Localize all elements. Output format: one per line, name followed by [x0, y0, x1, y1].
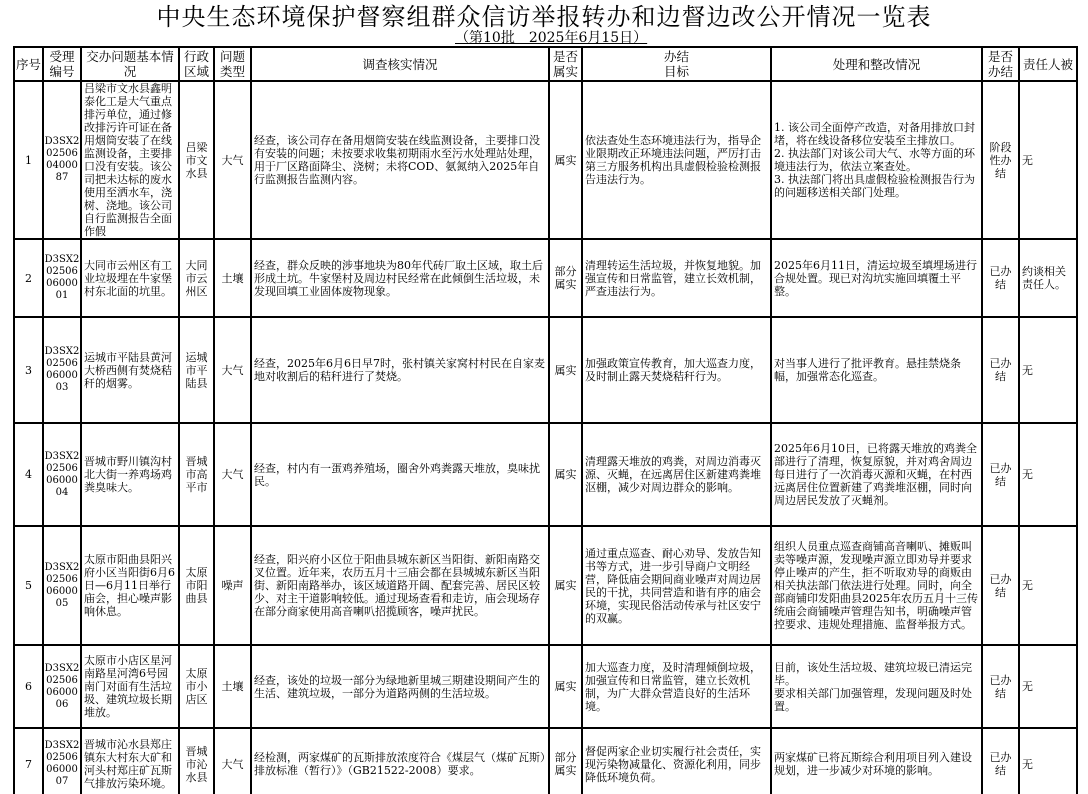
table-cell-closed: 已办结: [982, 728, 1019, 794]
table-cell-investigation: 经查，该处的垃圾一部分为绿地新里城三期建设期间产生的生活、建筑垃圾，一部分为道路…: [251, 645, 549, 728]
page-title: 中央生态环境保护督察组群众信访举报转办和边督边改公开情况一览表: [0, 2, 1088, 32]
table-row: 1D3SX2025060400087吕梁市文水县鑫明泰化工是大气重点排污单位，通…: [14, 81, 1077, 239]
table-cell-issue: 晋城市野川镇沟村北大街一养鸡场鸡粪臭味大。: [81, 423, 179, 526]
table-cell-investigation: 经检测，两家煤矿的瓦斯排放浓度符合《煤层气（煤矿瓦斯）排放标准（暂行）》（GB2…: [251, 728, 549, 794]
table-cell-case-no: D3SX2025060400087: [43, 81, 81, 239]
table-cell-verified: 属实: [549, 526, 582, 645]
table-cell-handling: 两家煤矿已将瓦斯综合利用项目列入建设规划，进一步减少对环境的影响。: [771, 728, 982, 794]
table-cell-type: 大气: [214, 317, 251, 423]
table-cell-investigation: 经查，该公司存在备用烟筒安装在线监测设备，主要排口没有安装的问题；未按要求收集初…: [251, 81, 549, 239]
header-verified: 是否属实: [549, 47, 582, 81]
table-cell-investigation: 经查，阳兴府小区位于阳曲县城东新区当阳街、新阳南路交叉位置。近年来，农历五月十三…: [251, 526, 549, 645]
table-cell-type: 大气: [214, 81, 251, 239]
table-cell-type: 土壤: [214, 239, 251, 317]
table-row: 7D3SX2025060600007晋城市沁水县郑庄镇东大村东大矿和河头村郑庄矿…: [14, 728, 1077, 794]
header-handling: 处理和整改情况: [771, 47, 982, 81]
header-accountable: 责任人被: [1019, 47, 1077, 81]
table-row: 2D3SX2025060600001大同市云州区有工业垃圾埋在牛家堡村东北面的坑…: [14, 239, 1077, 317]
table-cell-case-no: D3SX2025060600004: [43, 423, 81, 526]
header-issue: 交办问题基本情况: [81, 47, 179, 81]
table-cell-target: 通过重点巡查、耐心劝导、发放告知书等方式，进一步引导商户文明经营，降低庙会期间商…: [582, 526, 771, 645]
table-cell-verified: 属实: [549, 423, 582, 526]
table-cell-case-no: D3SX2025060600003: [43, 317, 81, 423]
table-cell-target: 加强政策宣传教育，加大巡查力度，及时制止露天焚烧秸秆行为。: [582, 317, 771, 423]
table-cell-type: 土壤: [214, 645, 251, 728]
table-cell-region: 吕梁市文水县: [179, 81, 214, 239]
header-type: 问题类型: [214, 47, 251, 81]
table-cell-seq: 6: [14, 645, 43, 728]
table-cell-region: 太原市小店区: [179, 645, 214, 728]
table-cell-region: 晋城市高平市: [179, 423, 214, 526]
table-cell-issue: 晋城市沁水县郑庄镇东大村东大矿和河头村郑庄矿瓦斯气排放污染环境。: [81, 728, 179, 794]
table-cell-issue: 太原市小店区星河南路星河湾6号园南门对面有生活垃圾、建筑垃圾长期堆放。: [81, 645, 179, 728]
table-cell-verified: 属实: [549, 645, 582, 728]
table-cell-verified: 部分属实: [549, 728, 582, 794]
table-cell-case-no: D3SX2025060600001: [43, 239, 81, 317]
table-cell-target: 加大巡查力度，及时清理倾倒垃圾，加强宣传和日常监管，建立长效机制，为广大群众营造…: [582, 645, 771, 728]
table-cell-target: 督促两家企业切实履行社会责任，实现污染物减量化、资源化利用，同步降低环境负荷。: [582, 728, 771, 794]
table-cell-handling: 1. 该公司全面停产改造，对备用排放口封堵，将在线设备移位安装至主排放口。 2.…: [771, 81, 982, 239]
table-cell-handling: 对当事人进行了批评教育。悬挂禁烧条幅，加强常态化巡查。: [771, 317, 982, 423]
table-cell-type: 大气: [214, 423, 251, 526]
table-cell-accountable: 无: [1019, 728, 1077, 794]
table-cell-issue: 运城市平陆县黄河大桥西侧有焚烧秸秆的烟雾。: [81, 317, 179, 423]
table-cell-closed: 已办结: [982, 239, 1019, 317]
table-cell-target: 依法查处生态环境违法行为，指导企业限期改正环境违法问题，严厉打击第三方服务机构出…: [582, 81, 771, 239]
table-row: 6D3SX2025060600006太原市小店区星河南路星河湾6号园南门对面有生…: [14, 645, 1077, 728]
header-target: 办结 目标: [582, 47, 771, 81]
table-cell-handling: 组织人员重点巡查商铺高音喇叭、摊贩叫卖等噪声源，发现噪声源立即劝导并要求停止噪声…: [771, 526, 982, 645]
table-cell-accountable: 无: [1019, 81, 1077, 239]
header-case-no: 受理编号: [43, 47, 81, 81]
table-cell-accountable: 约谈相关责任人。: [1019, 239, 1077, 317]
table-cell-closed: 阶段性办结: [982, 81, 1019, 239]
table-cell-region: 晋城市沁水县: [179, 728, 214, 794]
table-cell-issue: 吕梁市文水县鑫明泰化工是大气重点排污单位，通过修改排污许可证在备用烟筒安装了在线…: [81, 81, 179, 239]
table-cell-closed: 已办结: [982, 317, 1019, 423]
table-cell-region: 大同市云州区: [179, 239, 214, 317]
table-cell-issue: 太原市阳曲县阳兴府小区当阳街6月6日—6月11日举行庙会，担心噪声影响休息。: [81, 526, 179, 645]
header-seq: 序号: [14, 47, 43, 81]
table-cell-seq: 1: [14, 81, 43, 239]
table-row: 3D3SX2025060600003运城市平陆县黄河大桥西侧有焚烧秸秆的烟雾。运…: [14, 317, 1077, 423]
table-cell-type: 大气: [214, 728, 251, 794]
table-cell-investigation: 经查，群众反映的涉事地块为80年代砖厂取土区域，取土后形成土坑。牛家堡村及周边村…: [251, 239, 549, 317]
table-cell-verified: 属实: [549, 317, 582, 423]
page-subtitle: （第10批 2025年6月15日）: [455, 30, 647, 46]
header-closed: 是否办结: [982, 47, 1019, 81]
table-cell-verified: 部分属实: [549, 239, 582, 317]
table-cell-seq: 3: [14, 317, 43, 423]
table-row: 4D3SX2025060600004晋城市野川镇沟村北大街一养鸡场鸡粪臭味大。晋…: [14, 423, 1077, 526]
table-cell-case-no: D3SX2025060600007: [43, 728, 81, 794]
table-cell-closed: 已办结: [982, 645, 1019, 728]
table-cell-accountable: 无: [1019, 645, 1077, 728]
table-cell-seq: 2: [14, 239, 43, 317]
table-cell-closed: 已办结: [982, 423, 1019, 526]
table-cell-accountable: 无: [1019, 423, 1077, 526]
table-cell-target: 清理露天堆放的鸡粪，对周边消毒灭源、灭蝇，在远离居住区新建鸡粪堆沤棚，减少对周边…: [582, 423, 771, 526]
table-header-row: 序号 受理编号 交办问题基本情况 行政区域 问题类型 调查核实情况 是否属实 办…: [14, 47, 1077, 81]
table-cell-handling: 目前，该处生活垃圾、建筑垃圾已清运完毕。 要求相关部门加强管理，发现问题及时处置…: [771, 645, 982, 728]
table-cell-seq: 4: [14, 423, 43, 526]
table-cell-region: 太原市阳曲县: [179, 526, 214, 645]
table-cell-verified: 属实: [549, 81, 582, 239]
table-cell-case-no: D3SX2025060600006: [43, 645, 81, 728]
table-cell-accountable: 无: [1019, 317, 1077, 423]
table-cell-issue: 大同市云州区有工业垃圾埋在牛家堡村东北面的坑里。: [81, 239, 179, 317]
table-cell-target: 清理转运生活垃圾，并恢复地貌。加强宣传和日常监管，建立长效机制，严查违法行为。: [582, 239, 771, 317]
table-cell-accountable: 无: [1019, 526, 1077, 645]
petition-table: 序号 受理编号 交办问题基本情况 行政区域 问题类型 调查核实情况 是否属实 办…: [13, 46, 1078, 794]
table-cell-handling: 2025年6月10日，已将露天堆放的鸡粪全部进行了清理，恢复原貌，并对鸡舍周边每…: [771, 423, 982, 526]
table-cell-investigation: 经查，村内有一蛋鸡养殖场，圈舍外鸡粪露天堆放，臭味扰民。: [251, 423, 549, 526]
header-region: 行政区域: [179, 47, 214, 81]
table-cell-type: 噪声: [214, 526, 251, 645]
table-cell-seq: 5: [14, 526, 43, 645]
table-row: 5D3SX2025060600005太原市阳曲县阳兴府小区当阳街6月6日—6月1…: [14, 526, 1077, 645]
table-cell-case-no: D3SX2025060600005: [43, 526, 81, 645]
table-cell-closed: 已办结: [982, 526, 1019, 645]
table-cell-handling: 2025年6月11日，清运垃圾至填埋场进行合规处置。现已对沟坑实施回填覆土平整。: [771, 239, 982, 317]
table-cell-region: 运城市平陆县: [179, 317, 214, 423]
header-investigation: 调查核实情况: [251, 47, 549, 81]
table-cell-investigation: 经查，2025年6月6日早7时，张村镇关家窝村村民在自家麦地对收割后的秸秆进行了…: [251, 317, 549, 423]
table-cell-seq: 7: [14, 728, 43, 794]
